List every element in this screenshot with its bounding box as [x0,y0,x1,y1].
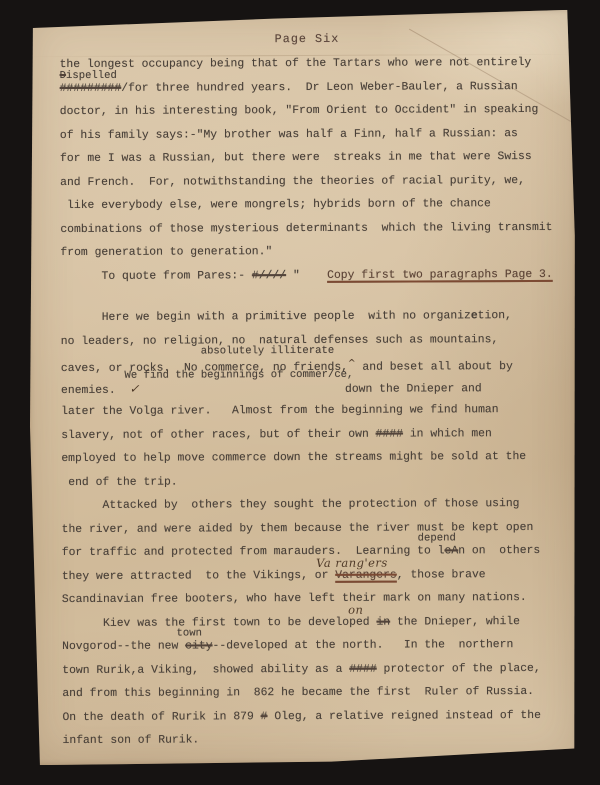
handwritten-correction: on [348,602,363,616]
text-segment: ispelled [66,69,117,81]
text-line: infant son of Rurik. [62,728,557,754]
text-line: from generation to generation." [60,240,555,266]
text-segment: tion, [478,310,512,322]
text-line: doctor, in his interesting book, "From O… [60,99,555,125]
text-line: To quote from Pares:- #//// " Copy first… [60,263,555,289]
text-segment: the Dnieper, while [390,616,520,629]
text-segment: and from this beginning in 862 he became… [62,686,534,700]
strikethrough-text: #### [376,428,403,440]
text-segment: like everybody else, were mongrels; hybr… [60,198,491,212]
text-line: town Rurik,a Viking, showed ability as a… [62,657,557,683]
underlined-instruction: Copy first two paragraphs Page 3. [327,268,553,281]
insertion-caret: ^ [348,359,356,369]
text-segment: n on others [458,545,540,557]
typewritten-page: Page Six the longest occupancy being tha… [27,10,577,765]
strikethrough-text: #### [349,663,376,675]
text-segment: and French. For, notwithstanding the the… [60,175,525,189]
text-line: #########/for three hundred years. Dr Le… [60,75,555,101]
text-segment: Attacked by others they sought the prote… [61,498,519,512]
text-line: of his family says:-"My brother was half… [60,122,555,148]
text-line: On the death of Rurik in 879 # Oleg, a r… [62,704,557,730]
text-line: employed to help move commerce down the … [61,446,556,472]
handwritten-checkmark: ✓ [129,381,140,395]
page-title: Page Six [59,28,554,50]
text-line: Attacked by others they sought the prote… [61,493,556,519]
text-segment: enemies. [61,384,129,396]
text-segment: doctor, in his interesting book, "From O… [60,104,539,118]
handwritten-correction: Va rang'ers [316,555,388,569]
text-segment: down the Dnieper and [140,383,482,396]
text-segment: , those brave [397,569,486,581]
photo-background: { "document": { "title": "Page Six", "li… [0,0,600,785]
text-segment: and beset all about by [356,361,513,374]
text-body: the longest occupancy being that of the … [60,52,558,754]
strikethrough-text: city [185,640,212,652]
page-content: Page Six the longest occupancy being tha… [27,10,577,754]
text-line: Here we begin with a primitive people wi… [61,305,556,331]
text-segment: To quote from Pares:- [60,270,251,283]
text-segment: town Rurik,a Viking, showed ability as a [62,663,349,676]
text-segment: protector of the place, [377,662,541,675]
text-line: like everybody else, were mongrels; hybr… [60,193,555,219]
strikethrough-text: in [376,616,390,628]
text-line: for me I was a Russian, but there were s… [60,146,555,172]
strikethrough-text: eA [444,545,458,557]
text-line: end of the trip. [61,469,556,495]
text-segment: --developed at the north. In the norther… [212,639,513,652]
text-segment: end of the trip. [61,476,177,489]
text-segment: On the death of Rurik in 879 [62,711,260,724]
text-segment: of his family says:-"My brother was half… [60,128,518,142]
text-line: slavery, not of other races, but of thei… [61,422,556,448]
strikethrough-text: #//// [252,270,286,282]
text-segment: the longest occupancy being that of the … [60,57,532,71]
text-segment [62,605,348,618]
text-segment [62,558,316,571]
text-segment: later the Volga river. Almost from the b… [61,404,499,418]
text-segment: " [286,269,327,281]
text-segment: from generation to generation." [60,246,272,259]
text-segment: in which men [403,428,492,440]
text-segment: absolutely illiterate [61,345,334,358]
text-segment: employed to help move commerce down the … [61,451,526,465]
text-line: the longest occupancy being that of the … [60,52,555,78]
text-segment: town [62,627,202,640]
text-segment: infant son of Rurik. [63,734,200,747]
text-segment: /for three hundred years. Dr Leon Weber-… [121,81,518,95]
text-segment: slavery, not of other races, but of thei… [61,428,375,441]
text-line: and from this beginning in 862 he became… [62,681,557,707]
text-line: later the Volga river. Almost from the b… [61,399,556,425]
text-segment: Novgorod--the new [62,641,185,654]
text-segment: e [471,310,478,322]
text-line: and French. For, notwithstanding the the… [60,169,555,195]
text-segment: Scandinavian free booters, who have left… [62,592,527,606]
text-segment: for me I was a Russian, but there were s… [60,151,532,165]
text-segment: combinations of those mysterious determi… [60,221,552,235]
text-segment: Oleg, a relative reigned instead of the [267,709,540,722]
paragraph-gap [61,287,556,307]
text-segment: We find the beginnings of commer/ce, [61,368,353,381]
strikethrough-text: ######### [60,82,122,94]
strikethrough-text: Varangers [335,569,397,581]
text-segment: depend [62,532,456,546]
text-line: combinations of those mysterious determi… [60,216,555,242]
text-segment: Here we begin with a primitive people wi… [61,310,471,324]
